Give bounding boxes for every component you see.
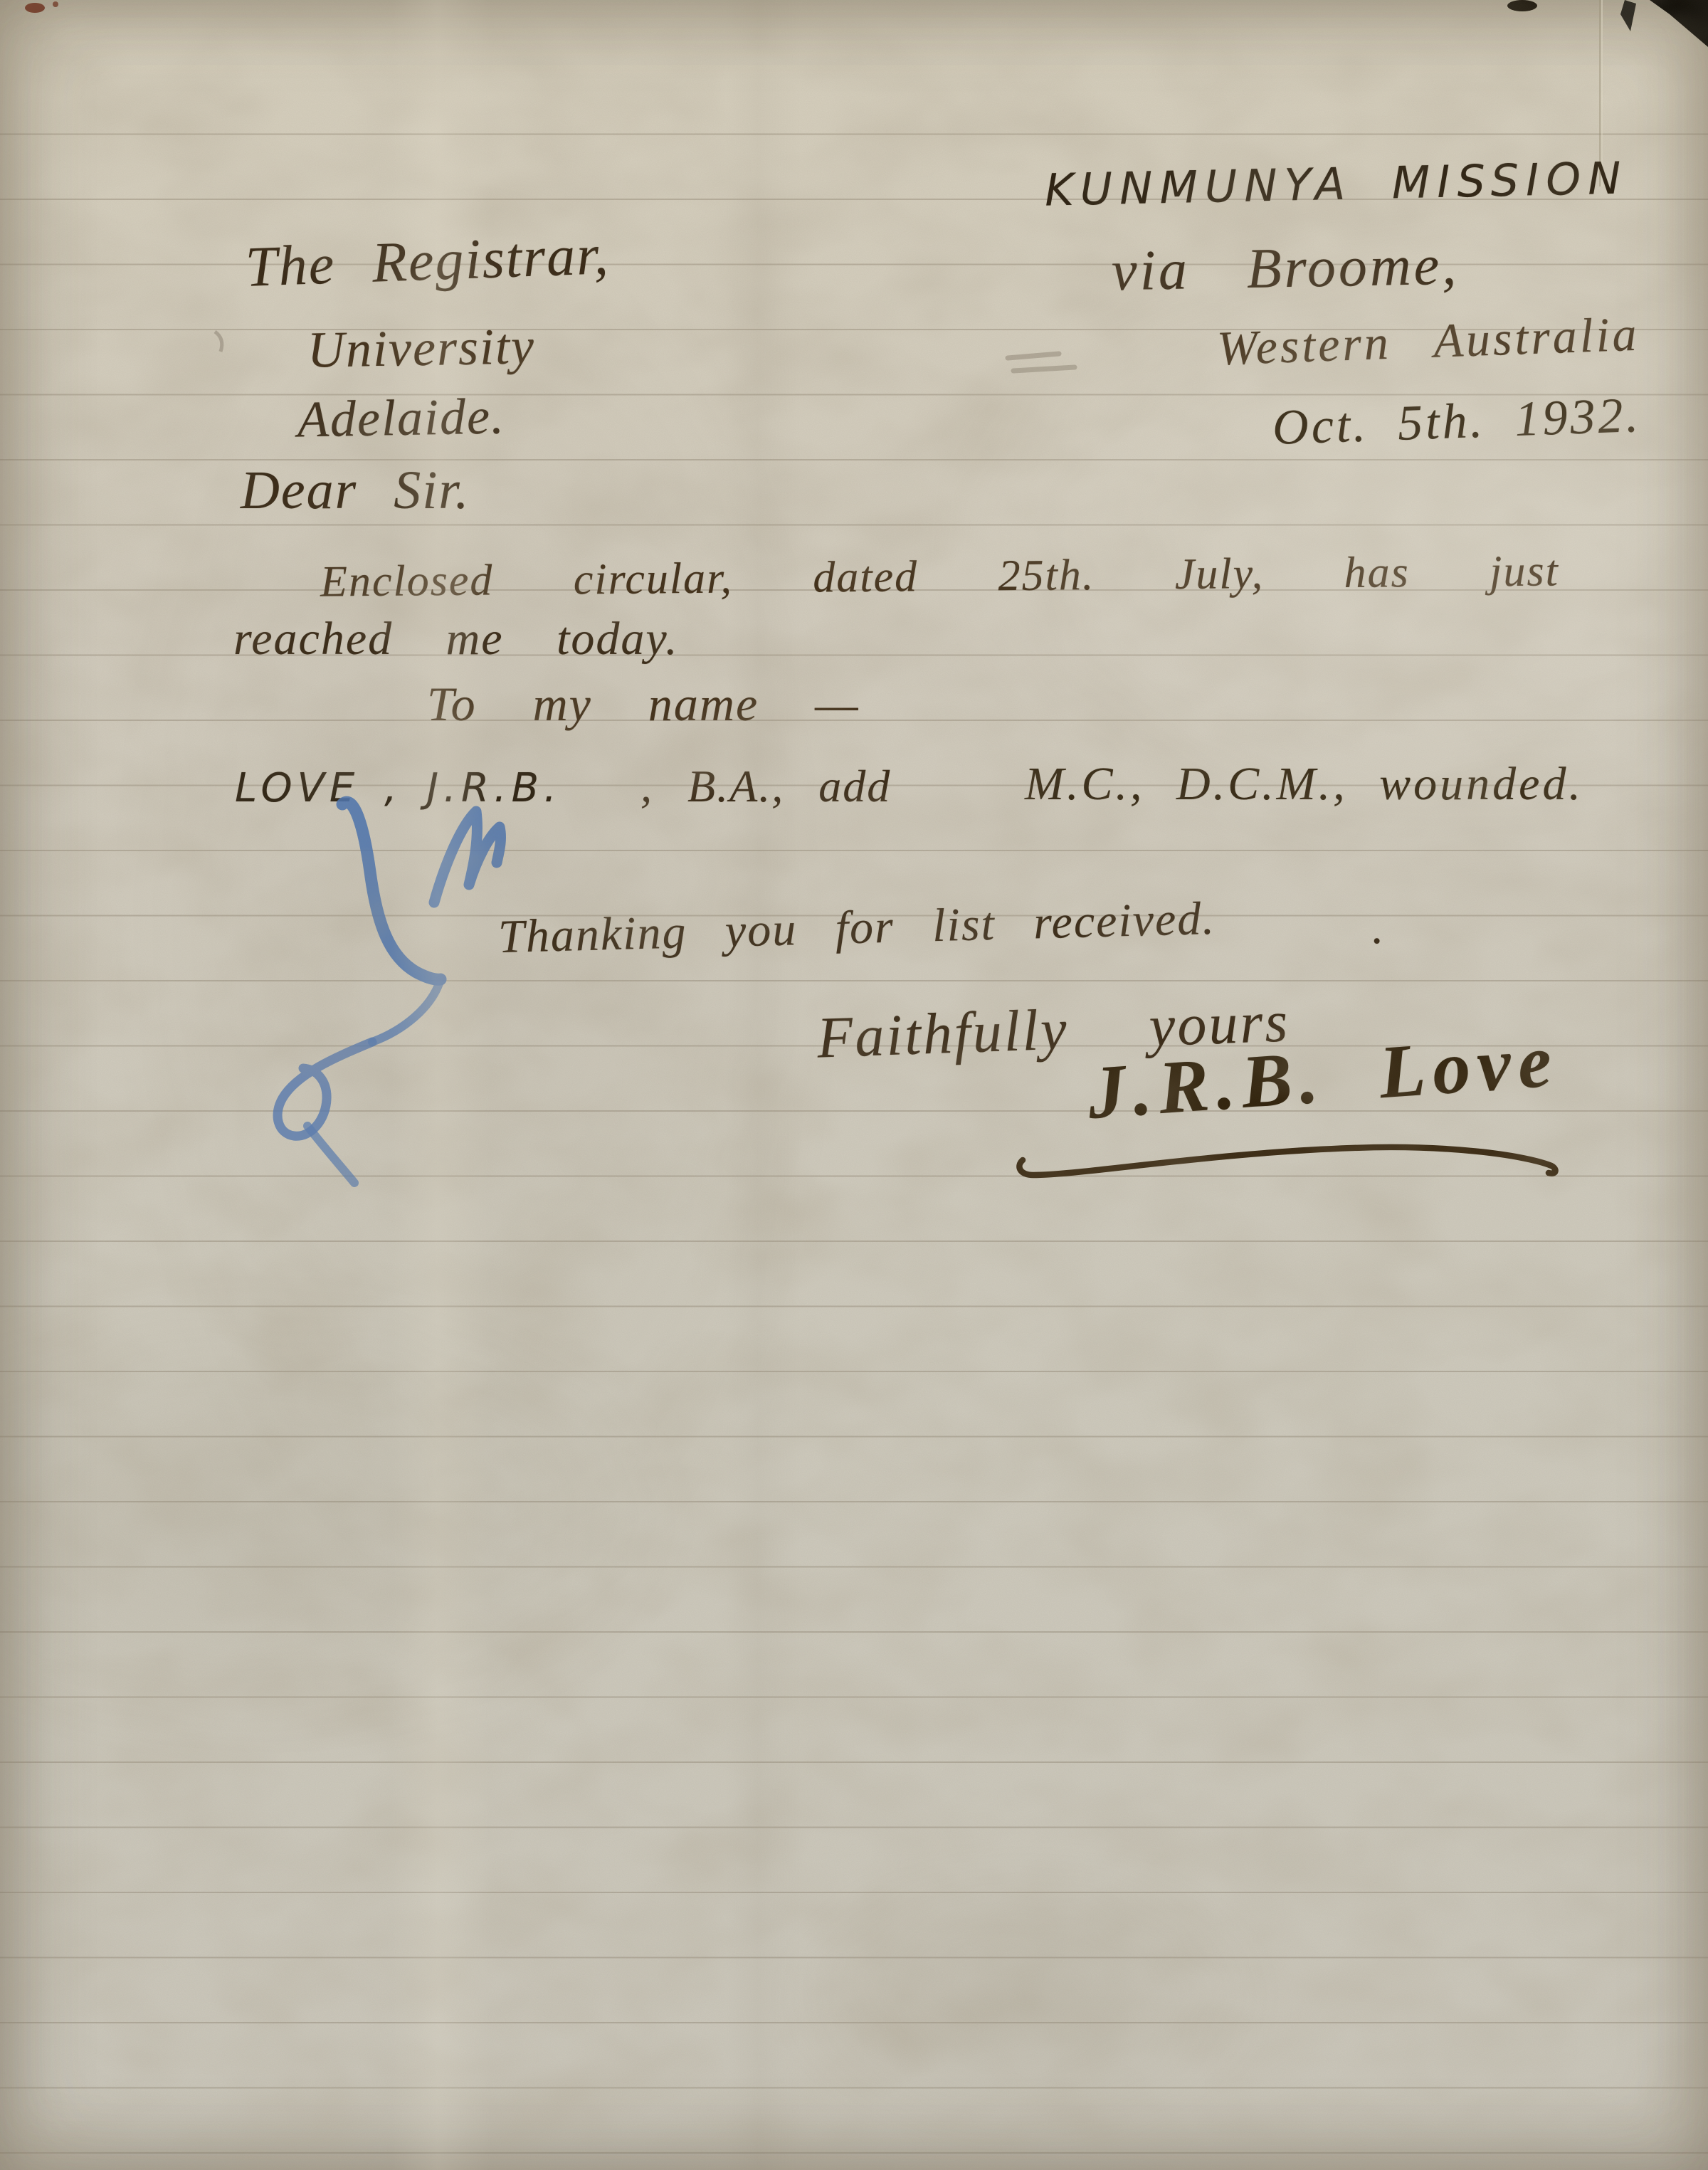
recipient-line-2: University xyxy=(307,317,535,380)
recipient-line-3: Adelaide. xyxy=(297,386,505,449)
salutation: Dear Sir. xyxy=(241,460,470,522)
body-line-3: To my name — xyxy=(427,676,860,732)
stray-period: . xyxy=(1372,901,1384,955)
recipient-line-1: The Registrar, xyxy=(245,223,611,300)
rust-speck xyxy=(25,3,45,13)
body-line-2: reached me today. xyxy=(233,612,679,666)
torn-corner-mark xyxy=(1650,0,1708,47)
letterhead-address-line: via Broome, xyxy=(1111,233,1460,305)
rust-speck-small xyxy=(53,1,58,7)
body-line-4-honours: M.C., D.C.M., wounded. xyxy=(1025,757,1583,811)
body-line-1: Enclosed circular, dated 25th. July, has… xyxy=(320,546,1559,607)
corner-streak-mark xyxy=(1620,0,1636,31)
letter-page: KUNMUNYA MISSION via Broome, Western Aus… xyxy=(0,0,1708,2170)
body-line-4-degree: , B.A., add xyxy=(640,760,891,813)
paper-speck xyxy=(1507,0,1537,11)
body-line-4-name: LOVE , J.R.B. xyxy=(235,765,562,811)
